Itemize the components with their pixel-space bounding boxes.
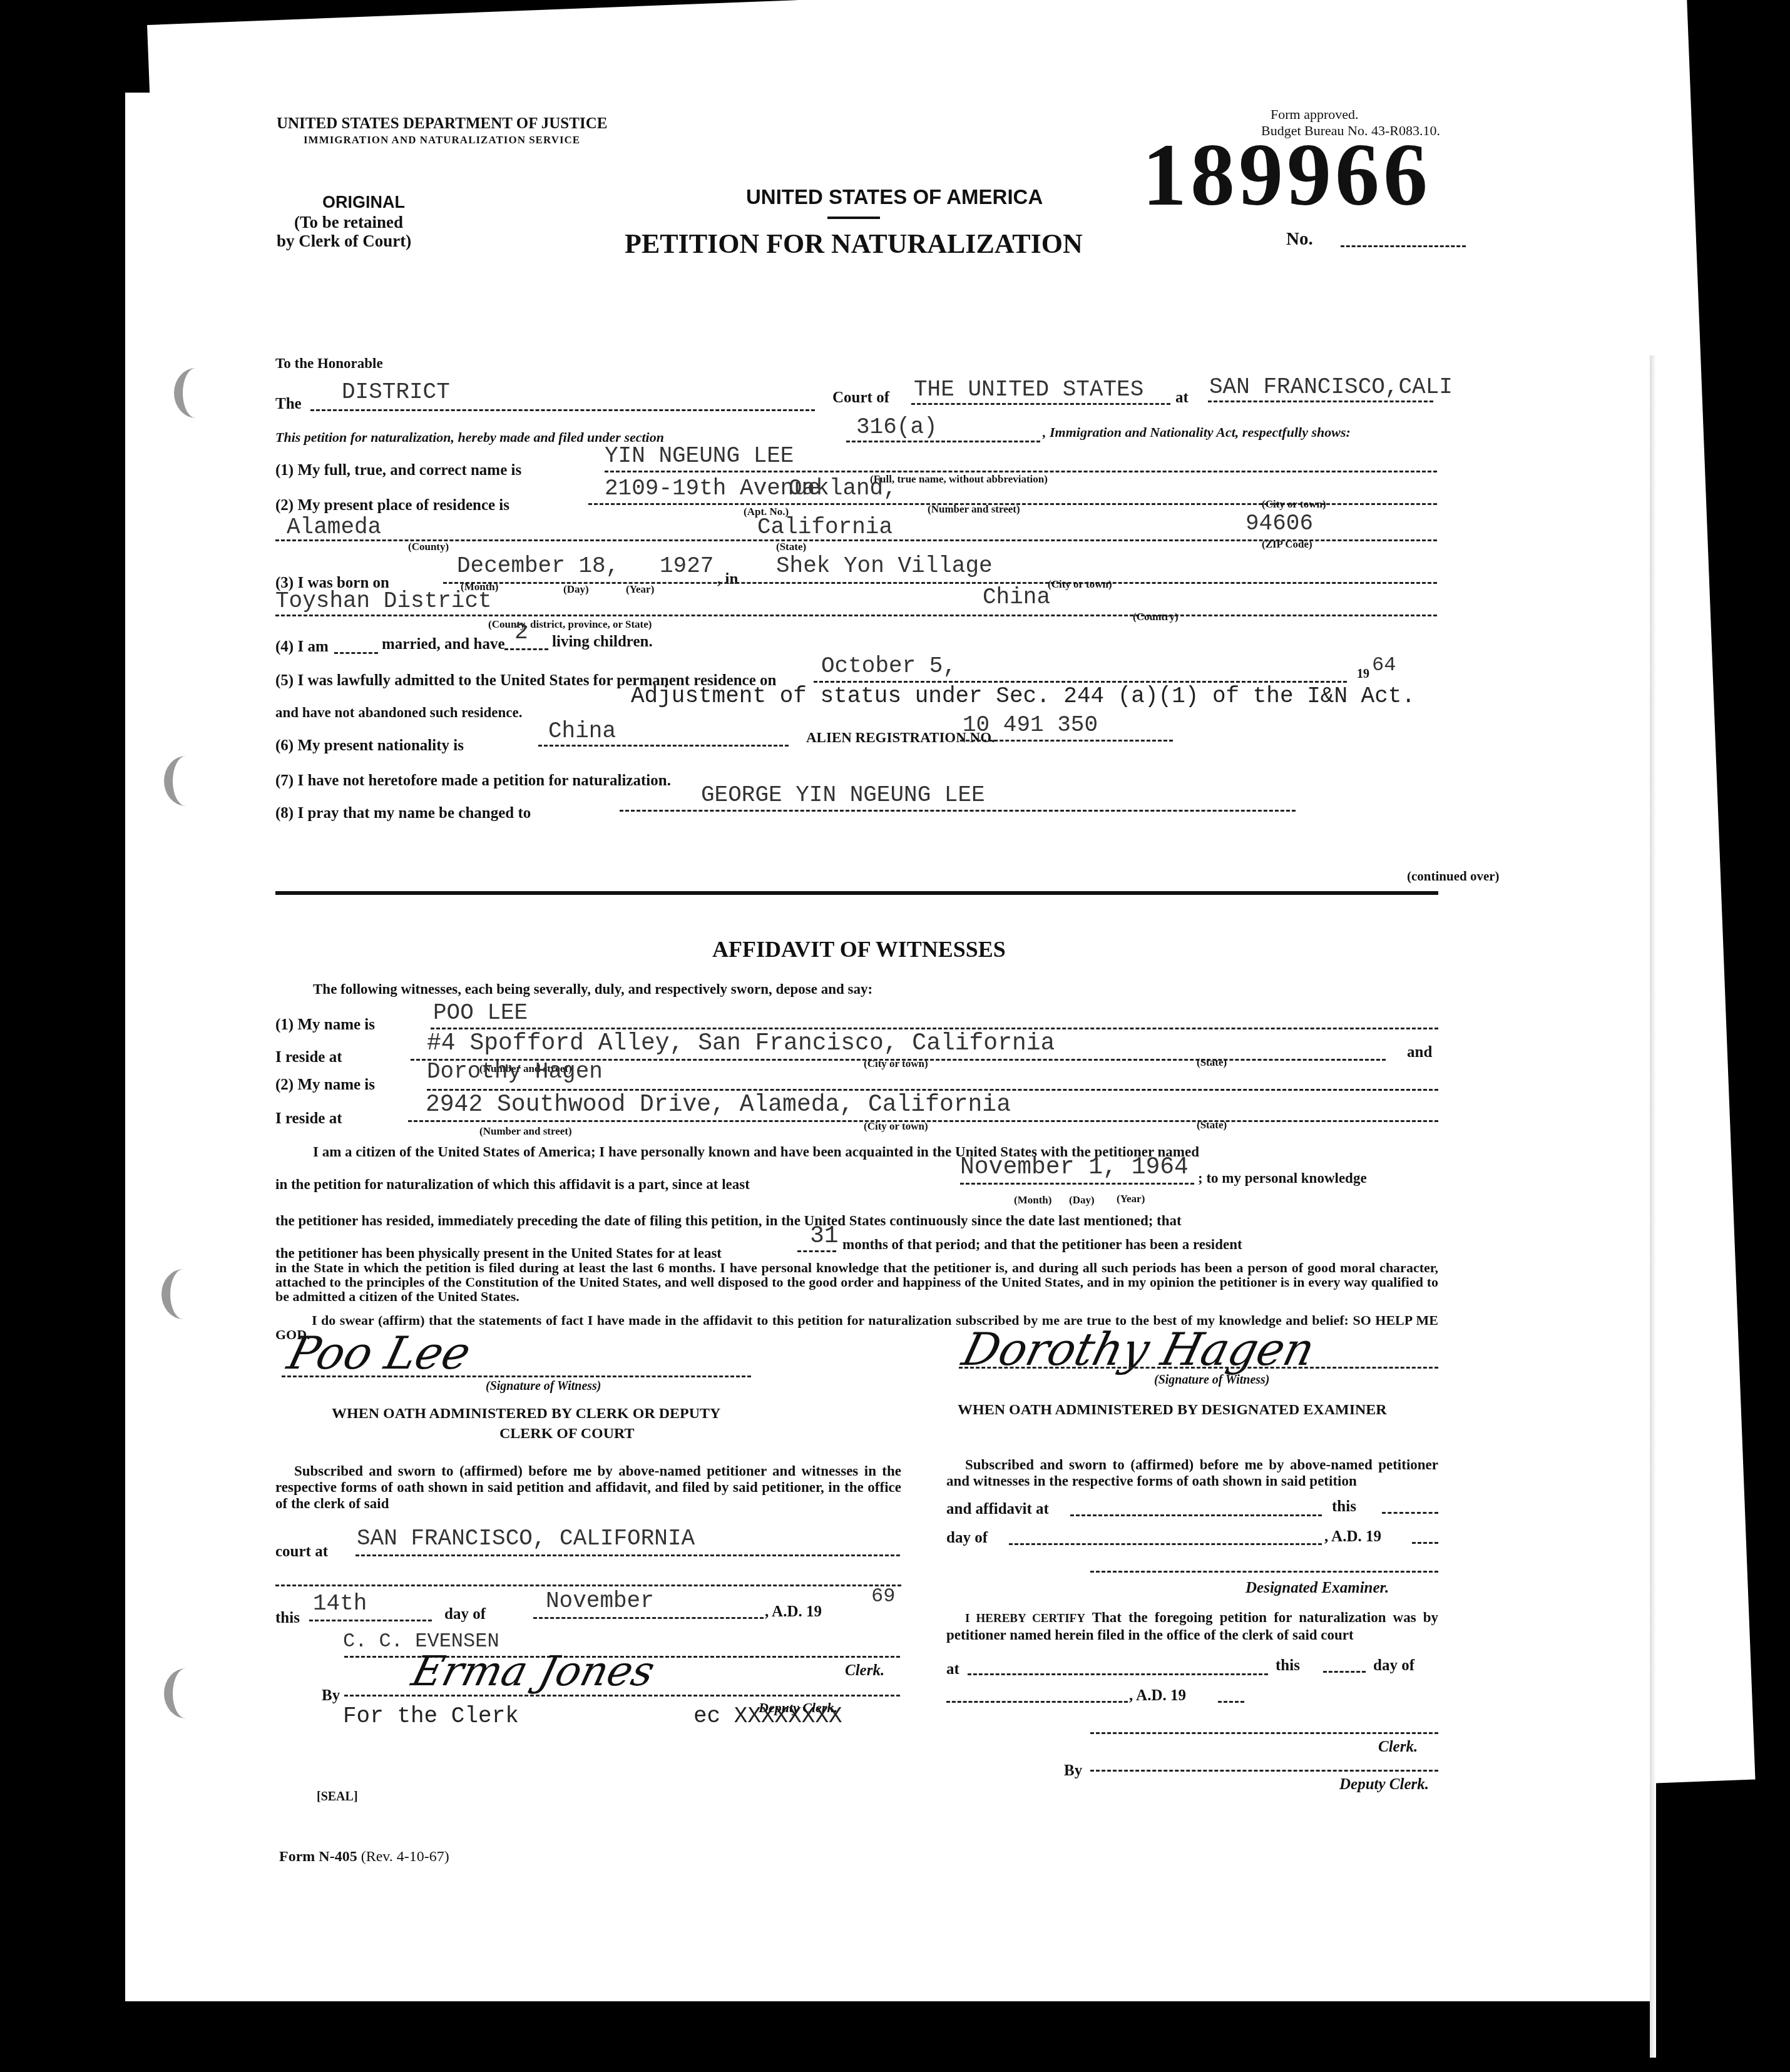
copy-note-line-1: (To be retained: [294, 213, 403, 232]
state-caption: (State): [1197, 1056, 1227, 1069]
street-caption: (Number and street): [479, 1125, 572, 1138]
birth-date-value: December 18,: [457, 553, 619, 579]
court-at-value: SAN FRANCISCO, CALIFORNIA: [357, 1526, 695, 1551]
designated-examiner-label: Designated Examiner.: [1245, 1580, 1389, 1597]
item-7-label: (7) I have not heretofore made a petitio…: [275, 772, 671, 790]
examiner-this-label: this: [1332, 1498, 1356, 1516]
witness-1-name-line: [431, 1028, 1438, 1029]
examiner-day-of-label: day of: [946, 1529, 988, 1547]
months-line: [797, 1250, 836, 1252]
certify-day-line: [1323, 1671, 1366, 1673]
clerk-month-line: [533, 1617, 764, 1619]
city-caption: (City or town): [1262, 498, 1326, 511]
department-name: UNITED STATES DEPARTMENT OF JUSTICE: [277, 115, 607, 133]
document-page: UNITED STATES DEPARTMENT OF JUSTICE IMMI…: [125, 93, 1652, 2001]
personal-knowledge-text: ; to my personal knowledge: [1198, 1170, 1367, 1187]
in-label: , in: [717, 571, 738, 588]
court-at-line: [355, 1554, 900, 1556]
certify-year-line: [1218, 1701, 1244, 1703]
resident-text: months of that period; and that the peti…: [842, 1237, 1242, 1253]
number-field-line: [1341, 245, 1466, 247]
new-name-line: [620, 810, 1296, 812]
this-label: this: [275, 1610, 300, 1627]
married-label: married, and have: [382, 636, 505, 653]
certify-deputy-label: Deputy Clerk.: [1339, 1776, 1429, 1794]
examiner-year-line: [1412, 1542, 1438, 1544]
clerk-heading-2: CLERK OF COURT: [499, 1426, 635, 1442]
state-caption: (State): [1197, 1119, 1227, 1131]
court-of-label: Court of: [832, 389, 889, 407]
affidavit-at-line: [1070, 1514, 1322, 1516]
city-caption: (City or town): [864, 1120, 928, 1133]
day-caption: (Day): [563, 583, 589, 596]
title-rule: [827, 217, 880, 219]
court-at-line-2: [275, 1585, 901, 1586]
witness-2-signature-line: [959, 1367, 1438, 1369]
item-1-label: (1) My full, true, and correct name is: [275, 462, 521, 479]
seal-label: [SEAL]: [317, 1790, 358, 1804]
witness-2-reside-label: I reside at: [275, 1110, 342, 1128]
and-label: and: [1407, 1044, 1432, 1061]
examiner-sworn-text: Subscribed and sworn to (affirmed) befor…: [946, 1457, 1438, 1489]
witness-1-signature-caption: (Signature of Witness): [486, 1379, 601, 1394]
nationality-value: China: [548, 718, 616, 744]
certify-by-label: By: [1064, 1762, 1082, 1780]
living-children-label: living children.: [552, 633, 653, 651]
birth-city-value: Shek Yon Village: [776, 553, 993, 579]
certify-clerk-label: Clerk.: [1378, 1738, 1418, 1756]
for-the-clerk-text: For the Clerk: [343, 1703, 519, 1729]
witness-2-name-value: Dorothy Hagen: [427, 1059, 603, 1084]
form-approved-note: Form approved.: [1271, 106, 1359, 123]
clerk-heading-1: WHEN OATH ADMINISTERED BY CLERK OR DEPUT…: [332, 1406, 720, 1422]
not-abandoned-label: and have not abandoned such residence.: [275, 705, 523, 721]
court-type-value: DISTRICT: [342, 379, 450, 405]
country-heading: UNITED STATES OF AMERICA: [746, 185, 1043, 209]
witness-2-signature-caption: (Signature of Witness): [1154, 1373, 1269, 1387]
section-value: 316(a): [856, 414, 938, 440]
residence-zip-value: 94606: [1245, 511, 1313, 536]
clerk-ad-label: , A.D. 19: [765, 1603, 822, 1621]
year-caption: (Year): [626, 583, 654, 596]
months-present-value: 31: [810, 1223, 839, 1250]
witness-2-address-value: 2942 Southwood Drive, Alameda, Californi…: [426, 1091, 1011, 1118]
residence-city-value: Oakland,: [789, 476, 897, 501]
item-6-label: (6) My present nationality is: [275, 737, 464, 755]
examiner-ad-label: , A.D. 19: [1324, 1528, 1381, 1546]
number-label: No.: [1286, 229, 1313, 250]
day-caption: (Day): [1069, 1194, 1095, 1207]
deputy-clerk-label: Deputy Clerk.: [759, 1700, 837, 1716]
affidavit-title: AFFIDAVIT OF WITNESSES: [712, 936, 1006, 962]
new-name-value: GEORGE YIN NGEUNG LEE: [701, 782, 985, 808]
certify-ad-label: , A.D. 19: [1129, 1687, 1186, 1705]
item-4-label: (4) I am: [275, 638, 329, 656]
hole-punch-icon: [164, 756, 208, 806]
state-caption: (State): [776, 541, 806, 553]
section-divider: [275, 891, 1438, 895]
deputy-clerk-signature: Erma Jones: [407, 1647, 659, 1695]
affidavit-at-label: and affidavit at: [946, 1501, 1049, 1518]
adjustment-note: Adjustment of status under Sec. 244 (a)(…: [631, 683, 1415, 709]
birth-line: [443, 582, 1437, 584]
witness-1-name-value: POO LEE: [433, 1000, 528, 1026]
witness-2-name-line: [427, 1089, 1438, 1091]
admission-year-prefix: 19: [1357, 667, 1369, 681]
the-label: The: [275, 396, 302, 413]
examiner-day-line: [1382, 1512, 1438, 1514]
court-type-line: [310, 409, 815, 411]
deputy-signature-line: [344, 1695, 900, 1697]
known-since-text: in the petition for naturalization of wh…: [275, 1176, 750, 1193]
service-name: IMMIGRATION AND NATURALIZATION SERVICE: [304, 134, 580, 146]
certify-this-label: this: [1276, 1657, 1300, 1675]
section-line: [846, 441, 1040, 442]
certify-day-of-label: day of: [1373, 1657, 1414, 1675]
certify-deputy-line: [1090, 1770, 1438, 1772]
witness-1-name-label: (1) My name is: [275, 1016, 375, 1034]
children-count-value: 2: [514, 620, 528, 645]
clerk-year-value: 69: [871, 1585, 895, 1608]
street-caption: (Number and street): [928, 503, 1020, 516]
country-caption: (Country): [1133, 611, 1179, 623]
witness-1-signature-line: [282, 1375, 751, 1377]
witness-1-reside-label: I reside at: [275, 1049, 342, 1066]
salutation: To the Honorable: [275, 355, 383, 372]
examiner-heading: WHEN OATH ADMINISTERED BY DESIGNATED EXA…: [958, 1402, 1387, 1419]
examiner-month-line: [1009, 1543, 1322, 1545]
admission-year-value: 64: [1372, 653, 1396, 676]
clerk-day-line: [309, 1620, 432, 1621]
court-location-value: SAN FRANCISCO,CALI: [1209, 374, 1453, 400]
court-at-label: court at: [275, 1543, 328, 1561]
affidavit-intro: The following witnesses, each being seve…: [313, 981, 872, 998]
petitioner-name-line: [605, 471, 1437, 472]
document-title: PETITION FOR NATURALIZATION: [625, 228, 1083, 260]
alien-registration-value: 10 491 350: [963, 712, 1098, 738]
clerk-month-value: November: [546, 1588, 654, 1614]
clerk-day-value: 14th: [313, 1591, 367, 1616]
alien-registration-line: [960, 740, 1173, 742]
zip-caption: (ZIP Code): [1262, 538, 1312, 551]
residence-state-value: California: [757, 514, 892, 540]
year-caption: (Year): [1117, 1193, 1145, 1205]
birth-country-value: China: [983, 584, 1050, 610]
city-caption: (City or town): [864, 1058, 928, 1070]
children-line: [504, 648, 548, 650]
at-label: at: [1175, 389, 1189, 407]
residence-statement: the petitioner has resided, immediately …: [275, 1213, 1182, 1229]
certify-text: I HEREBY CERTIFY That the foregoing peti…: [946, 1610, 1438, 1643]
act-text: , Immigration and Nationality Act, respe…: [1043, 424, 1351, 441]
continued-over-note: (continued over): [1407, 869, 1500, 884]
nationality-line: [538, 745, 789, 747]
copy-label: ORIGINAL: [322, 193, 405, 212]
item-2-label: (2) My present place of residence is: [275, 497, 509, 514]
clerk-label: Clerk.: [845, 1662, 884, 1680]
stamped-petition-number: 189966: [1142, 130, 1431, 219]
birth-city-caption: (City or town): [1048, 578, 1112, 591]
court-location-line: [1208, 401, 1433, 402]
by-label: By: [322, 1687, 340, 1705]
certify-clerk-line: [1090, 1732, 1438, 1734]
known-since-line: [960, 1183, 1194, 1185]
hole-punch-icon: [164, 1668, 208, 1718]
county-caption: (County): [408, 541, 449, 553]
hole-punch-icon: [174, 368, 218, 418]
admission-date-line: [814, 681, 1347, 683]
known-since-value: November 1, 1964: [960, 1154, 1189, 1181]
birth-line-2: [275, 615, 1437, 616]
district-caption: (County, district, province, or State): [488, 618, 652, 631]
birth-district-value: Toyshan District: [275, 588, 492, 614]
witness-1-address-value: #4 Spofford Alley, San Francisco, Califo…: [427, 1030, 1055, 1057]
birth-year-value: 1927: [660, 553, 713, 579]
court-of-value: THE UNITED STATES: [914, 377, 1143, 402]
hole-punch-icon: [161, 1269, 205, 1319]
petitioner-name-value: YIN NGEUNG LEE: [605, 443, 794, 469]
month-caption: (Month): [1014, 1194, 1051, 1207]
residence-county-value: Alameda: [287, 514, 381, 540]
copy-note-line-2: by Clerk of Court): [277, 232, 411, 251]
page-edge-shadow: [1650, 355, 1656, 2058]
witness-2-name-label: (2) My name is: [275, 1076, 375, 1094]
clerk-sworn-text: Subscribed and sworn to (affirmed) befor…: [275, 1463, 901, 1512]
examiner-signature-line: [1090, 1571, 1438, 1573]
day-of-label: day of: [444, 1606, 486, 1623]
moral-character-statement: in the State in which the petition is fi…: [275, 1260, 1438, 1304]
item-8-label: (8) I pray that my name be changed to: [275, 805, 531, 822]
admission-date-value: October 5,: [821, 653, 956, 679]
court-of-line: [911, 403, 1170, 405]
certify-at-label: at: [946, 1661, 959, 1678]
witness-1-signature: Poo Lee: [283, 1327, 476, 1379]
form-footer: Form N-405 (Rev. 4-10-67): [279, 1849, 449, 1865]
marital-status-line: [334, 652, 378, 654]
certify-at-line: [968, 1673, 1268, 1675]
certify-month-line: [946, 1701, 1128, 1703]
